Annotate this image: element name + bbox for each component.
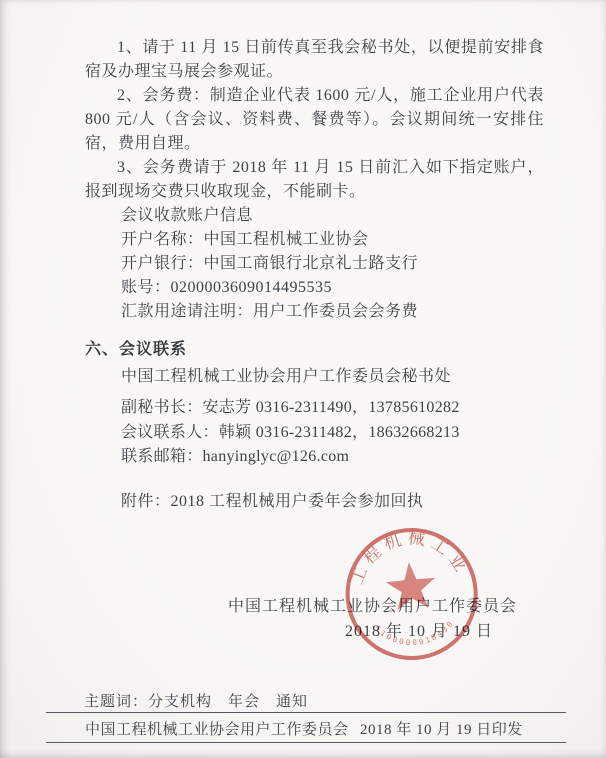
document-body: 1、请于 11 月 15 日前传真至我会秘书处，以便提前安排食宿及办理宝马展会参…	[85, 36, 544, 324]
attachment-line: 附件：2018 工程机械用户委年会参加回执	[121, 488, 424, 511]
contact-block: 副秘书长：安志芳 0316-2311490，13785610282 会议联系人：…	[121, 396, 460, 470]
document-page: 1、请于 11 月 15 日前传真至我会秘书处，以便提前安排食宿及办理宝马展会参…	[0, 0, 606, 758]
body-item-1: 1、请于 11 月 15 日前传真至我会秘书处，以便提前安排食宿及办理宝马展会参…	[85, 36, 544, 84]
secretariat-line: 中国工程机械工业协会用户工作委员会秘书处	[121, 363, 451, 386]
footer-divider-top	[46, 712, 566, 713]
body-item-2: 2、会务费：制造企业代表 1600 元/人，施工企业用户代表 800 元/人（含…	[85, 84, 544, 156]
contact-person: 会议联系人：韩颖 0316-2311482，18632668213	[121, 421, 460, 446]
account-purpose: 汇款用途请注明：用户工作委员会会务费	[121, 300, 544, 324]
contact-email: 联系邮箱：hanyinglyc@126.com	[121, 445, 460, 470]
body-item-3: 3、会务费请于 2018 年 11 月 15 日前汇入如下指定账户，报到现场交费…	[85, 156, 544, 204]
footer-print-date: 2018 年 10 月 19 日印发	[360, 718, 523, 739]
account-number: 账号：0200003609014495535	[121, 276, 544, 300]
official-seal: 工程机械工业 1100000018430	[332, 518, 492, 678]
seal-code: 1100000018430	[373, 618, 458, 651]
footer-divider-bottom	[46, 742, 566, 743]
account-name: 开户名称：中国工程机械工业协会	[121, 228, 544, 252]
footer-keywords: 主题词：分支机构 年会 通知	[84, 690, 308, 711]
section-6-heading: 六、会议联系	[85, 336, 187, 359]
contact-deputy-secretary: 副秘书长：安志芳 0316-2311490，13785610282	[121, 396, 460, 421]
account-heading: 会议收款账户信息	[121, 204, 544, 228]
footer-issuer: 中国工程机械工业协会用户工作委员会	[85, 718, 349, 739]
account-bank: 开户银行：中国工商银行北京礼士路支行	[121, 252, 544, 276]
seal-star-icon	[384, 560, 437, 611]
account-info-block: 会议收款账户信息 开户名称：中国工程机械工业协会 开户银行：中国工商银行北京礼士…	[121, 204, 544, 324]
